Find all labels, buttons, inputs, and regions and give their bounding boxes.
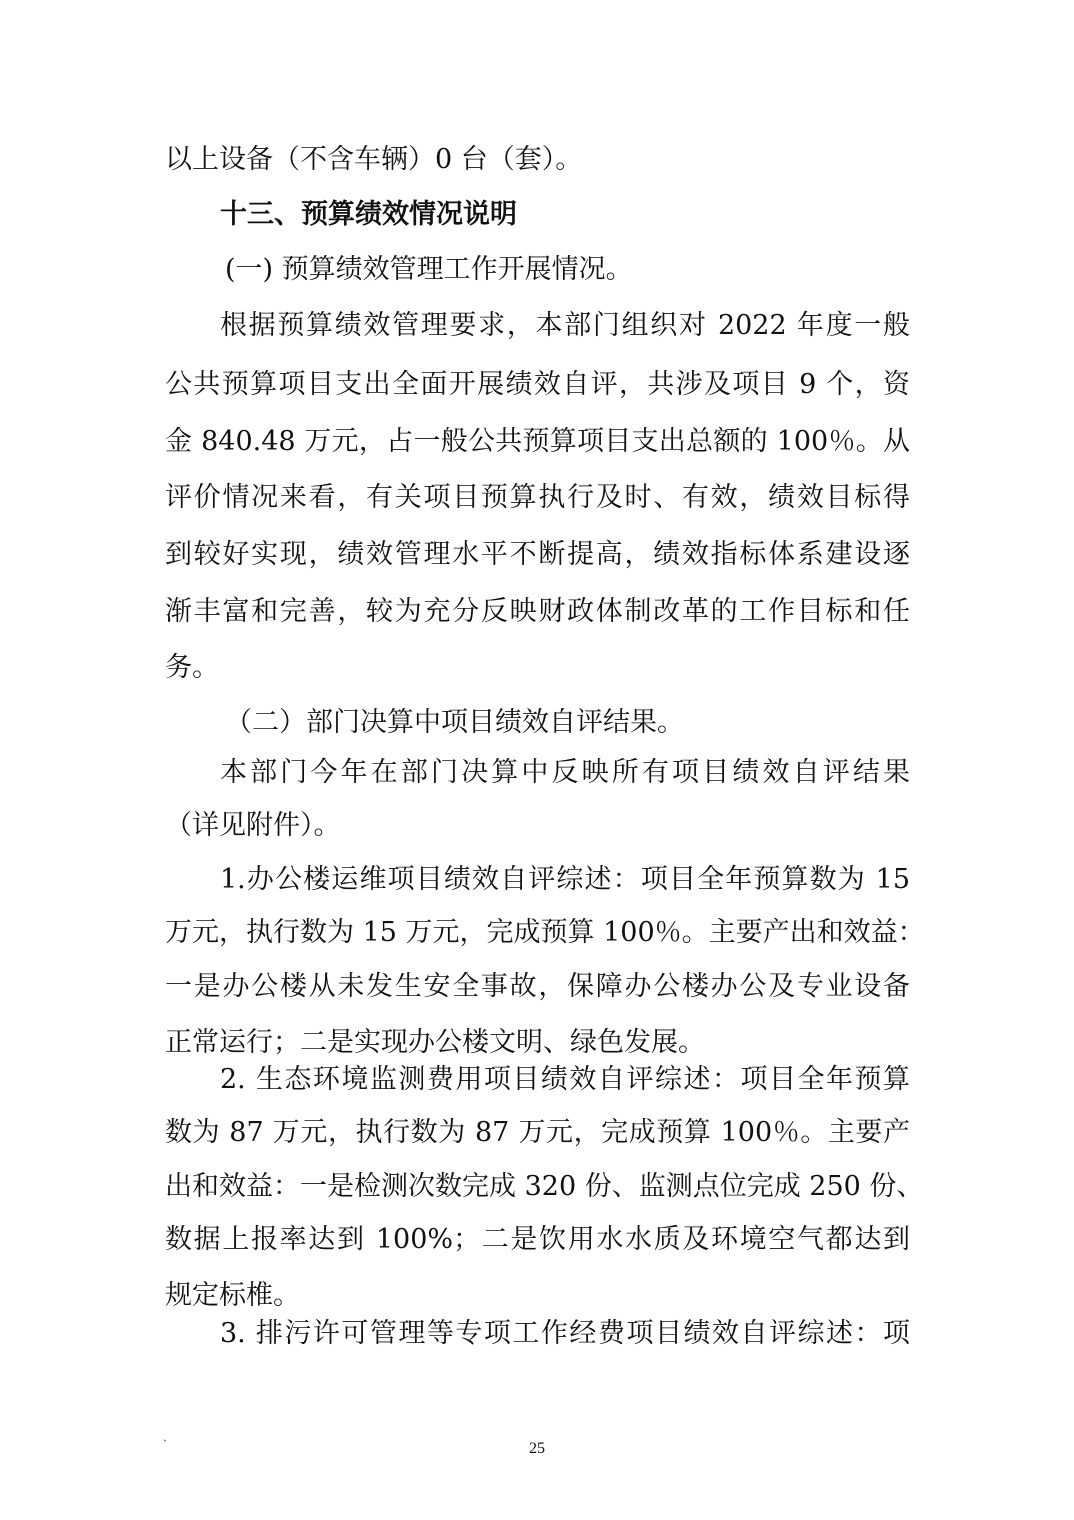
paragraph-line: 数为 87 万元，执行数为 87 万元，完成预算 100％。主要产 xyxy=(165,1116,910,1150)
paragraph-line: 3. 排污许可管理等专项工作经费项目绩效自评综述：项 xyxy=(220,1317,910,1351)
subsection-heading: (一) 预算绩效管理工作开展情况。 xyxy=(225,253,970,287)
paragraph-line: 本部门今年在部门决算中反映所有项目绩效自评结果 xyxy=(220,756,910,790)
paragraph-line: 万元，执行数为 15 万元，完成预算 100％。主要产出和效益： xyxy=(165,916,910,950)
paragraph-line: 公共预算项目支出全面开展绩效自评，共涉及项目 9 个，资 xyxy=(165,368,910,402)
paragraph-line: 1.办公楼运维项目绩效自评综述：项目全年预算数为 15 xyxy=(220,863,910,897)
paragraph-line: 出和效益：一是检测次数完成 320 份、监测点位完成 250 份、 xyxy=(165,1170,910,1204)
paragraph-line: 评价情况来看，有关项目预算执行及时、有效，绩效目标得 xyxy=(165,481,910,515)
paragraph-line: 数据上报率达到 100%；二是饮用水水质及环境空气都达到 xyxy=(165,1223,910,1257)
paragraph-line: 金 840.48 万元，占一般公共预算项目支出总额的 100％。从 xyxy=(165,425,910,459)
subsection-heading: （二）部门决算中项目绩效自评结果。 xyxy=(225,706,970,740)
paragraph-line: 务。 xyxy=(165,651,910,685)
paragraph-line: 根据预算绩效管理要求，本部门组织对 2022 年度一般 xyxy=(220,309,910,343)
paragraph-line: 到较好实现，绩效管理水平不断提高，绩效指标体系建设逐 xyxy=(165,538,910,572)
page-number: 25 xyxy=(0,1440,1074,1458)
paragraph-line: （详见附件）。 xyxy=(165,809,910,843)
paragraph-line: 规定标椎。 xyxy=(165,1279,910,1313)
paragraph-line: 正常运行；二是实现办公楼文明、绿色发展。 xyxy=(165,1026,910,1060)
section-heading: 十三、预算绩效情况说明 xyxy=(220,198,910,232)
paragraph-line: 渐丰富和完善，较为充分反映财政体制改革的工作目标和任 xyxy=(165,595,910,629)
paragraph-line: 2. 生态环境监测费用项目绩效自评综述：项目全年预算 xyxy=(220,1063,910,1097)
paragraph-line: 一是办公楼从未发生安全事故，保障办公楼办公及专业设备 xyxy=(165,970,910,1004)
paragraph-line: 以上设备（不含车辆）0 台（套）。 xyxy=(165,143,910,177)
